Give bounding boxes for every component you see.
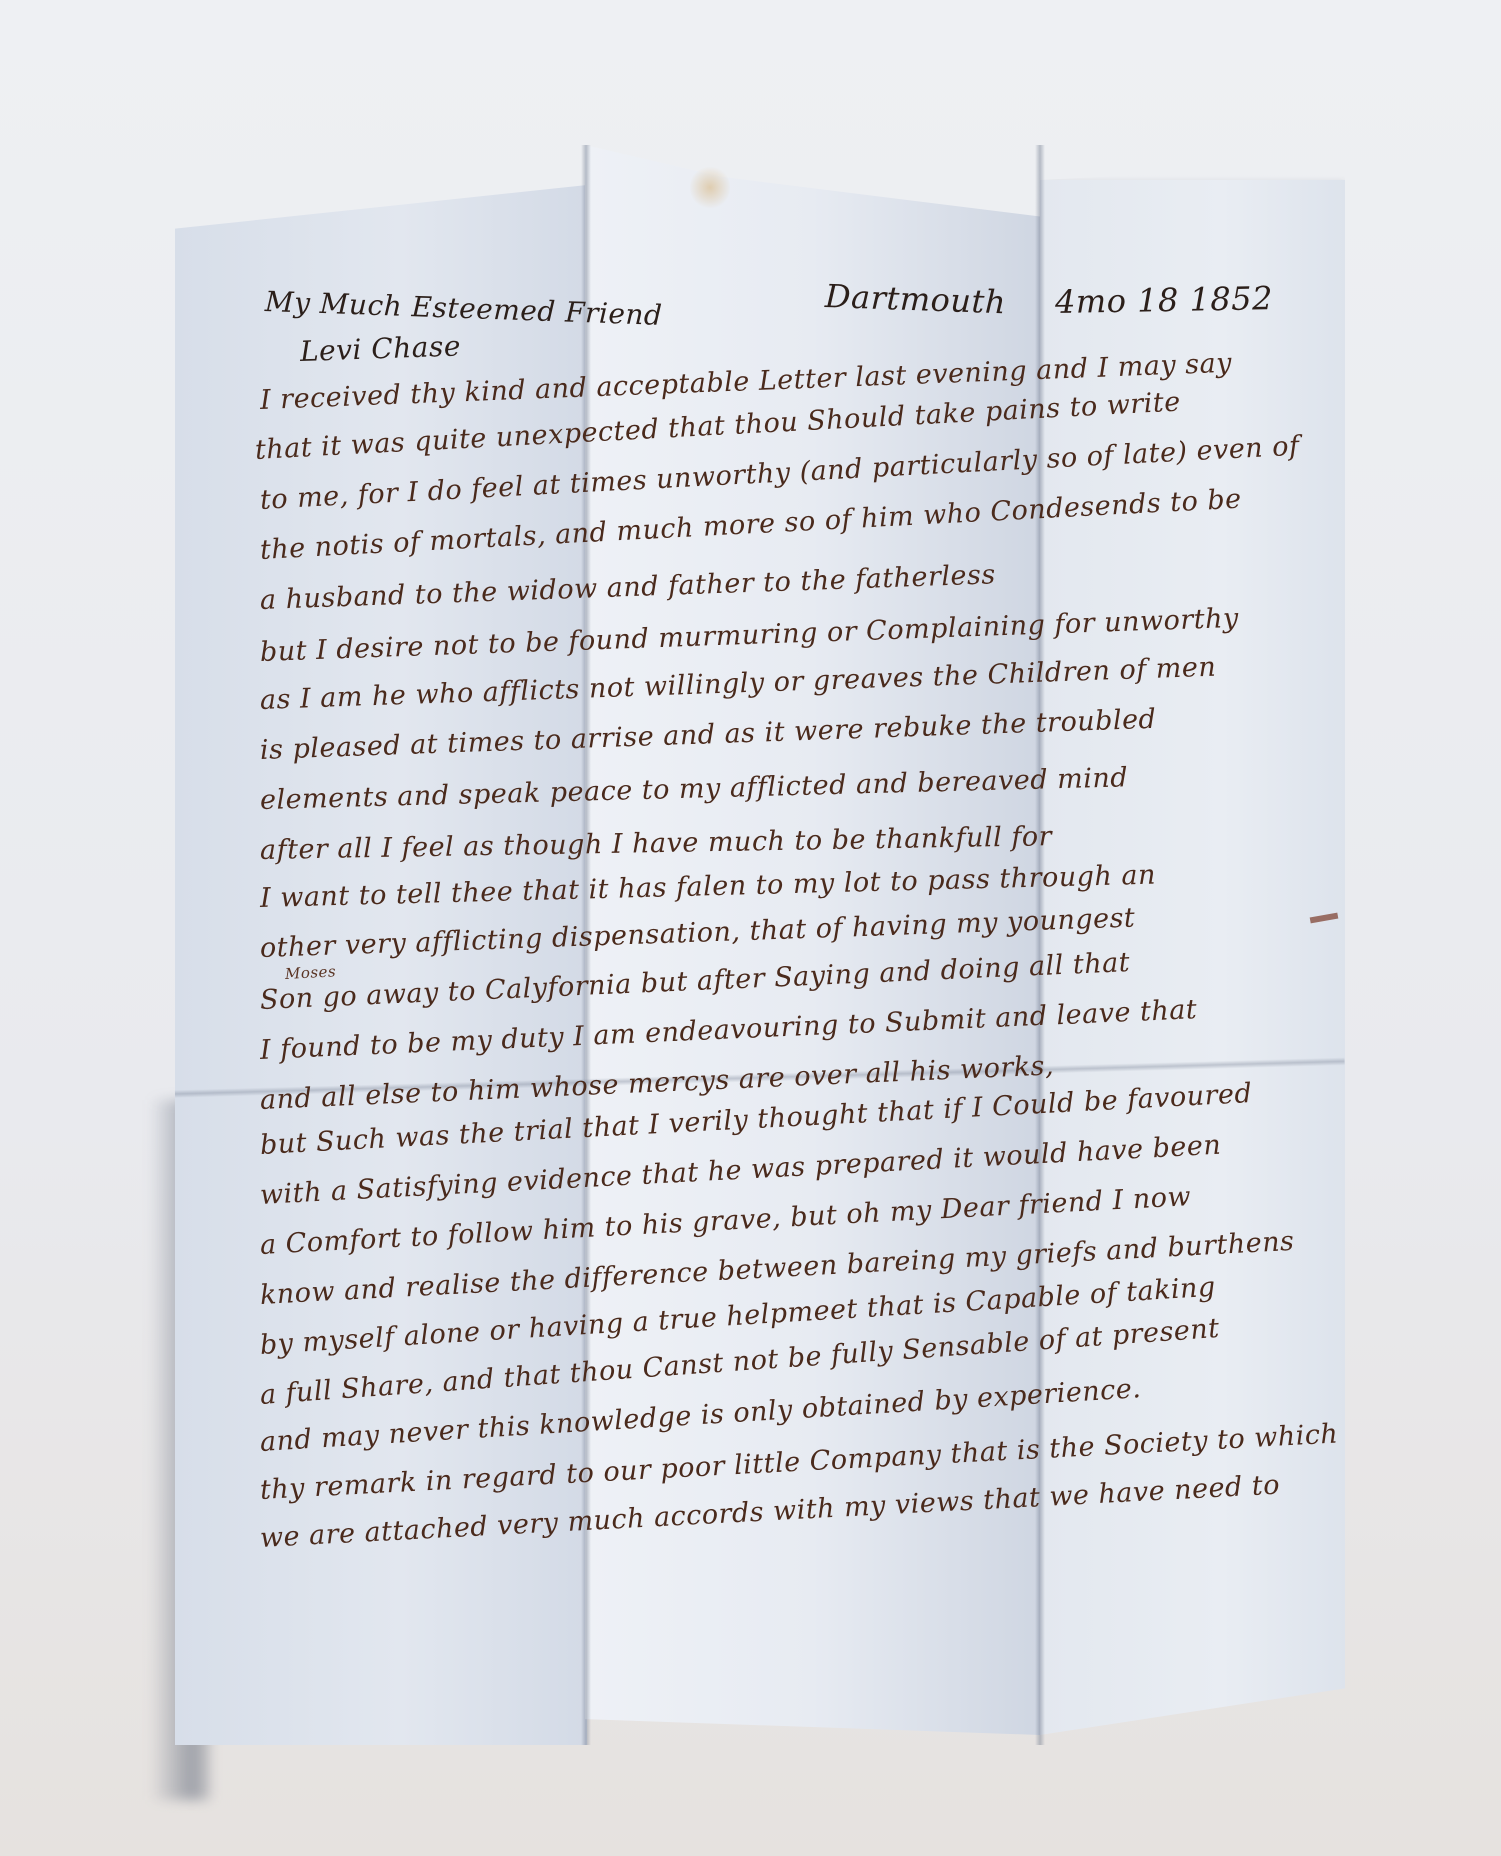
insertion-above-line: Moses — [285, 962, 337, 983]
recipient-name: Levi Chase — [299, 329, 461, 368]
letter-sheet: My Much Esteemed Friend Dartmouth 4mo 18… — [175, 145, 1345, 1800]
paper-stain — [690, 165, 730, 210]
dateline-date: 4mo 18 1852 — [1055, 279, 1274, 321]
dateline-place: Dartmouth — [824, 277, 1006, 321]
